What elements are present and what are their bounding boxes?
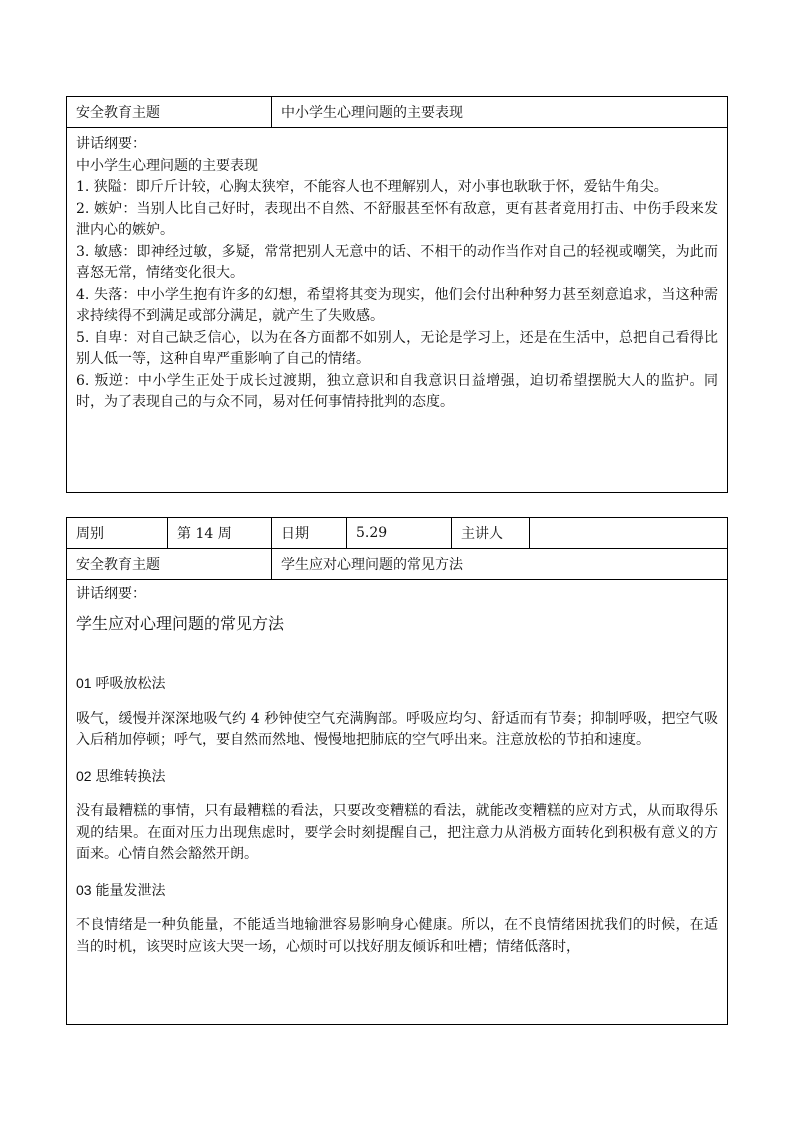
- section-title: 01 呼吸放松法: [76, 673, 718, 695]
- section-title: 02 思维转换法: [76, 766, 718, 788]
- theme-value: 学生应对心理问题的常见方法: [272, 549, 728, 580]
- outline-cell: 讲话纲要： 中小学生心理问题的主要表现 1. 狭隘：即斤斤计较，心胸太狭窄，不能…: [67, 128, 728, 493]
- section-text: 吸气，缓慢并深深地吸气约 4 秒钟使空气充满胸部。呼吸应均匀、舒适而有节奏；抑制…: [76, 709, 718, 752]
- date-label: 日期: [272, 518, 347, 549]
- list-item: 1. 狭隘：即斤斤计较，心胸太狭窄，不能容人也不理解别人，对小事也耿耿于怀，爱钻…: [76, 177, 718, 199]
- outline-heading: 学生应对心理问题的常见方法: [76, 614, 718, 636]
- list-item: 3. 敏感：即神经过敏，多疑，常常把别人无意中的话、不相干的动作当作对自己的轻视…: [76, 242, 718, 285]
- list-item: 4. 失落：中小学生抱有许多的幻想，希望将其变为现实，他们会付出种种努力甚至刻意…: [76, 285, 718, 328]
- list-item: 5. 自卑：对自己缺乏信心，以为在各方面都不如别人，无论是学习上，还是在生活中，…: [76, 328, 718, 371]
- topic-table-2: 周别 第 14 周 日期 5.29 主讲人 安全教育主题 学生应对心理问题的常见…: [66, 517, 728, 1025]
- list-item: 6. 叛逆：中小学生正处于成长过渡期，独立意识和自我意识日益增强，迫切希望摆脱大…: [76, 371, 718, 414]
- week-value: 第 14 周: [168, 518, 272, 549]
- theme-value: 中小学生心理问题的主要表现: [272, 97, 728, 128]
- topic-table-1: 安全教育主题 中小学生心理问题的主要表现 讲话纲要： 中小学生心理问题的主要表现…: [66, 96, 728, 493]
- date-value: 5.29: [347, 518, 452, 549]
- section-title: 03 能量发泄法: [76, 880, 718, 902]
- list-item: 2. 嫉妒：当别人比自己好时，表现出不自然、不舒服甚至怀有敌意，更有甚者竟用打击…: [76, 199, 718, 242]
- theme-label: 安全教育主题: [67, 97, 272, 128]
- speaker-label: 主讲人: [452, 518, 530, 549]
- outline-label: 讲话纲要：: [76, 584, 718, 606]
- speaker-value: [530, 518, 728, 549]
- section-text: 不良情绪是一种负能量，不能适当地输泄容易影响身心健康。所以，在不良情绪困扰我们的…: [76, 915, 718, 958]
- outline-cell: 讲话纲要： 学生应对心理问题的常见方法 01 呼吸放松法 吸气，缓慢并深深地吸气…: [67, 580, 728, 1025]
- outline-heading: 中小学生心理问题的主要表现: [76, 156, 718, 178]
- section-text: 没有最糟糕的事情，只有最糟糕的看法，只要改变糟糕的看法，就能改变糟糕的应对方式，…: [76, 801, 718, 866]
- week-label: 周别: [67, 518, 168, 549]
- outline-label: 讲话纲要：: [76, 134, 718, 156]
- theme-label: 安全教育主题: [67, 549, 272, 580]
